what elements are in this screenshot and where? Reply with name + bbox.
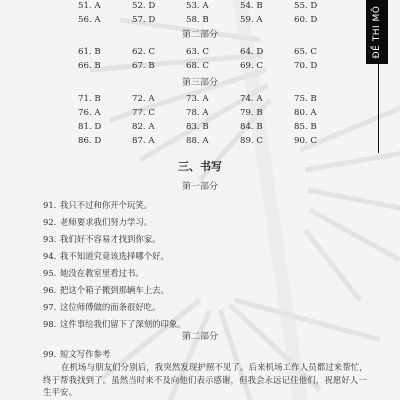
sentence-text: 这件事给我们留下了深刻的印象。 [60, 319, 186, 329]
answer-cell: 51. A [78, 0, 101, 13]
answer-cell: 83. B [186, 121, 209, 134]
answer-cell: 71. B [78, 93, 101, 106]
answer-cell: 88. A [186, 135, 209, 148]
answer-row: 86. D 87. A 88. A 89. C 90. C [0, 135, 400, 148]
answer-cell: 62. C [132, 46, 155, 59]
answer-cell: 87. A [132, 135, 155, 148]
answer-cell: 79. B [240, 107, 263, 120]
essay-paragraph: 在机场与朋友们分别后，我突然发现护照不见了。后来机场工作人员都过来帮忙，终于帮我… [43, 361, 368, 399]
answer-cell: 85. B [294, 121, 317, 134]
answer-row: 61. B 62. C 63. C 64. D 65. C [0, 46, 400, 59]
part-title: 第二部分 [0, 331, 400, 344]
answer-cell: 52. D [132, 0, 155, 13]
answer-cell: 89. C [240, 135, 263, 148]
sentence-text: 我只不过和你开个玩笑。 [60, 200, 152, 210]
answer-cell: 75. B [294, 93, 317, 106]
item-number: 94. [43, 250, 60, 262]
answer-cell: 54. B [240, 0, 263, 13]
sentence-text: 老师要求我们努力学习。 [60, 217, 152, 227]
answer-cell: 72. A [132, 93, 155, 106]
answer-cell: 65. C [294, 46, 317, 59]
answer-cell: 84. B [240, 121, 263, 134]
answer-sentence: 98.这件事给我们留下了深刻的印象。 [43, 318, 186, 330]
answer-cell: 63. C [186, 46, 209, 59]
item-number: 95. [43, 267, 60, 279]
item-number: 96. [43, 284, 60, 296]
answer-cell: 86. D [78, 135, 101, 148]
side-tab-label: ĐỀ THI MÔ [372, 6, 382, 59]
answer-cell: 70. D [294, 60, 317, 73]
answer-sentence: 92.老师要求我们努力学习。 [43, 216, 152, 228]
answer-row: 76. A 77. C 78. A 79. B 80. A [0, 107, 400, 120]
essay-heading: 99.短文写作参考 [43, 348, 110, 360]
side-tab-line [378, 64, 379, 153]
item-number: 97. [43, 301, 60, 313]
answer-cell: 74. A [240, 93, 263, 106]
item-number: 91. [43, 199, 60, 211]
sentence-text: 我们好不容易才找到你家。 [60, 234, 161, 244]
answer-cell: 80. A [294, 107, 317, 120]
answer-row: 71. B 72. A 73. A 74. A 75. B [0, 93, 400, 106]
part-title: 第二部分 [0, 29, 400, 42]
item-number: 93. [43, 233, 60, 245]
sentence-text: 把这个箱子搬到那辆车上去。 [60, 285, 169, 295]
part-title: 第一部分 [0, 181, 400, 194]
answer-cell: 55. D [294, 0, 317, 13]
answer-cell: 78. A [186, 107, 209, 120]
answer-cell: 61. B [78, 46, 101, 59]
answer-sentence: 95.她没在教室里看过书。 [43, 267, 144, 279]
part-title: 第三部分 [0, 77, 400, 90]
answer-cell: 69. C [240, 60, 263, 73]
answer-cell: 76. A [78, 107, 101, 120]
answer-cell: 67. B [132, 60, 155, 73]
answer-cell: 90. C [294, 135, 317, 148]
item-number: 99. [43, 348, 60, 360]
answer-cell: 53. A [186, 0, 209, 13]
item-number: 98. [43, 318, 60, 330]
answer-cell: 56. A [78, 14, 101, 27]
answer-cell: 57. D [132, 14, 155, 27]
answer-cell: 66. B [78, 60, 101, 73]
answer-key-page: 51. A 52. D 53. A 54. B 55. D 56. A 57. … [0, 0, 400, 400]
answer-sentence: 97.这位师傅做的面条很好吃。 [43, 301, 161, 313]
answer-row: 56. A 57. D 58. B 59. A 60. D [0, 14, 400, 27]
answer-sentence: 96.把这个箱子搬到那辆车上去。 [43, 284, 169, 296]
answer-cell: 58. B [186, 14, 209, 27]
sentence-text: 她没在教室里看过书。 [60, 268, 144, 278]
answer-cell: 81. D [78, 121, 101, 134]
answer-cell: 59. A [240, 14, 263, 27]
answer-row: 66. B 67. B 68. C 69. C 70. D [0, 60, 400, 73]
section-side-tab: ĐỀ THI MÔ [366, 0, 388, 64]
sentence-text: 这位师傅做的面条很好吃。 [60, 302, 161, 312]
sentence-text: 我不知道究竟该选择哪个好。 [60, 251, 169, 261]
answer-row: 81. D 82. A 83. B 84. B 85. B [0, 121, 400, 134]
answer-sentence: 91.我只不过和你开个玩笑。 [43, 199, 152, 211]
answer-cell: 64. D [240, 46, 263, 59]
item-number: 92. [43, 216, 60, 228]
essay-heading-text: 短文写作参考 [60, 349, 110, 359]
answer-row: 51. A 52. D 53. A 54. B 55. D [0, 0, 400, 13]
answer-cell: 60. D [294, 14, 317, 27]
section-title: 三、书写 [0, 160, 400, 174]
answer-cell: 82. A [132, 121, 155, 134]
answer-sentence: 94.我不知道究竟该选择哪个好。 [43, 250, 169, 262]
answer-sentence: 93.我们好不容易才找到你家。 [43, 233, 161, 245]
answer-cell: 68. C [186, 60, 209, 73]
answer-cell: 77. C [132, 107, 155, 120]
answer-cell: 73. A [186, 93, 209, 106]
